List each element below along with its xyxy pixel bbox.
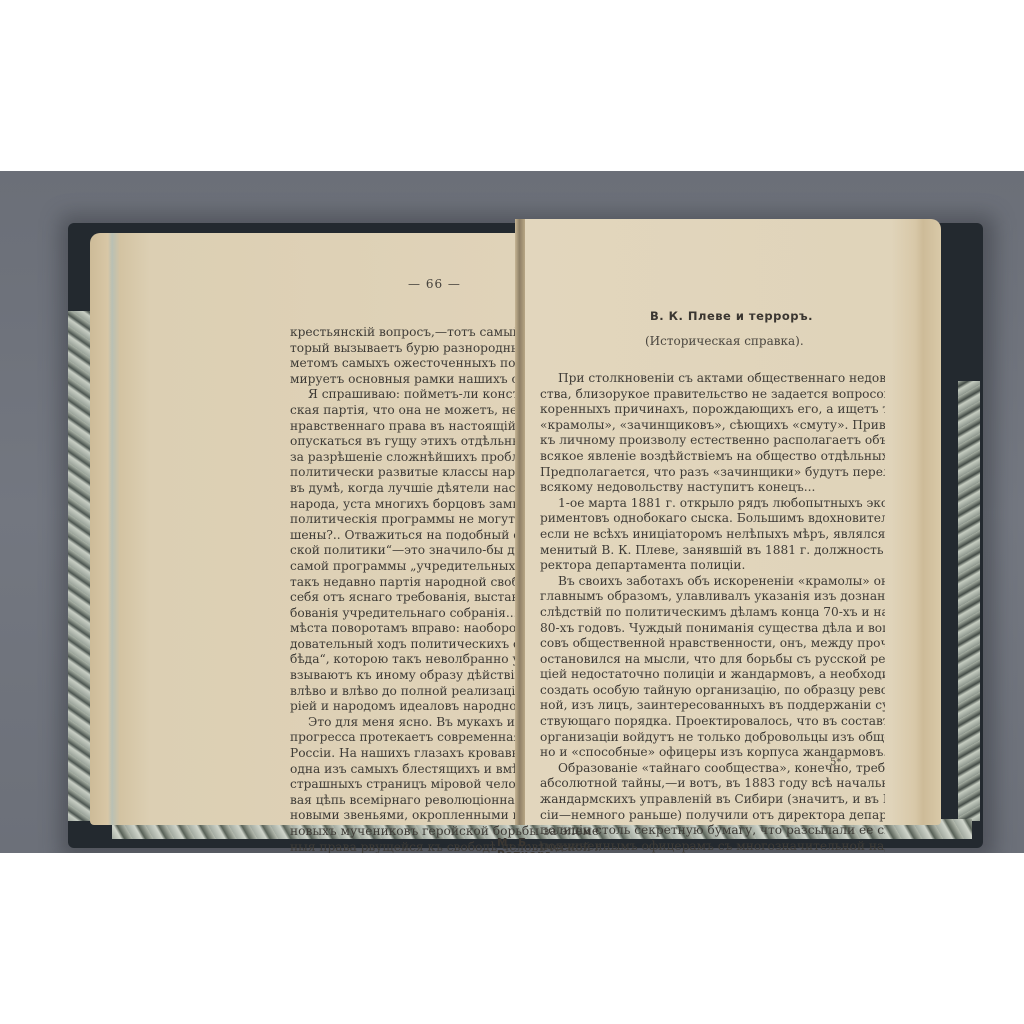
text-line: организаціи войдутъ не только добровольц… — [540, 730, 885, 746]
text-line: жандармскихъ управленій въ Сибири (значи… — [540, 792, 885, 808]
text-line: остановился на мысли, что для борьбы съ … — [540, 652, 885, 668]
text-line: слѣдствій по политическимъ дѣламъ конца … — [540, 605, 885, 621]
article-title: В. К. Плеве и терроръ. — [650, 309, 813, 323]
text-line: всякое явленіе воздѣйствіемъ на общество… — [540, 449, 885, 465]
text-line: создать особую тайную организацію, по об… — [540, 683, 885, 699]
text-line: ректора департамента полиціи. — [540, 558, 885, 574]
right-page-text: При столкновеніи съ актами общественнаго… — [540, 371, 885, 853]
text-line: сіи—немного раньше) получили отъ директо… — [540, 808, 885, 824]
page-number: — 66 — — [408, 277, 461, 291]
text-line: Въ своихъ заботахъ объ искорененіи «крам… — [540, 574, 885, 590]
signature-mark: 5* — [830, 757, 841, 768]
marbled-cover-edge-right — [958, 381, 980, 821]
text-line: подчиненнымъ офицерамъ съ многозначитель… — [540, 839, 885, 853]
left-page: — 66 — крестьянскій вопросъ,—тотъ самый … — [90, 233, 518, 825]
text-line: ной, изъ лицъ, заинтересованныхъ въ подд… — [540, 698, 885, 714]
text-line: всякому недовольству наступитъ конецъ... — [540, 480, 885, 496]
text-line: 80-хъ годовъ. Чуждый пониманія существа … — [540, 621, 885, 637]
text-line: если не всѣхъ иниціаторомъ нелѣпыхъ мѣръ… — [540, 527, 885, 543]
text-line: къ личному произволу естественно распола… — [540, 433, 885, 449]
text-line: Предполагается, что разъ «зачинщики» буд… — [540, 465, 885, 481]
text-line: абсолютной тайны,—и вотъ, въ 1883 году в… — [540, 776, 885, 792]
text-line: ствующаго порядка. Проектировалось, что … — [540, 714, 885, 730]
book-gutter — [515, 219, 525, 825]
text-line: коренныхъ причинахъ, порождающихъ его, а… — [540, 402, 885, 418]
text-line: риментовъ однобокаго сыска. Большимъ вдо… — [540, 511, 885, 527]
text-line: менитый В. К. Плеве, занявшій въ 1881 г.… — [540, 543, 885, 559]
text-line: совъ общественной нравственности, онъ, м… — [540, 636, 885, 652]
text-line: 1-ое марта 1881 г. открыло рядъ любопытн… — [540, 496, 885, 512]
text-line: ціей недостаточно полиціи и жандармовъ, … — [540, 667, 885, 683]
text-line: При столкновеніи съ актами общественнаго… — [540, 371, 885, 387]
book-photo: — 66 — крестьянскій вопросъ,—тотъ самый … — [0, 171, 1024, 853]
text-line: главнымъ образомъ, улавливалъ указанія и… — [540, 589, 885, 605]
text-line: ства, близорукое правительство не задает… — [540, 387, 885, 403]
text-line: полиціи столь секретную бумагу, что разс… — [540, 823, 885, 839]
text-line: «крамолы», «зачинщиковъ», сѣющихъ «смуту… — [540, 418, 885, 434]
article-subtitle: (Историческая справка). — [645, 334, 804, 348]
